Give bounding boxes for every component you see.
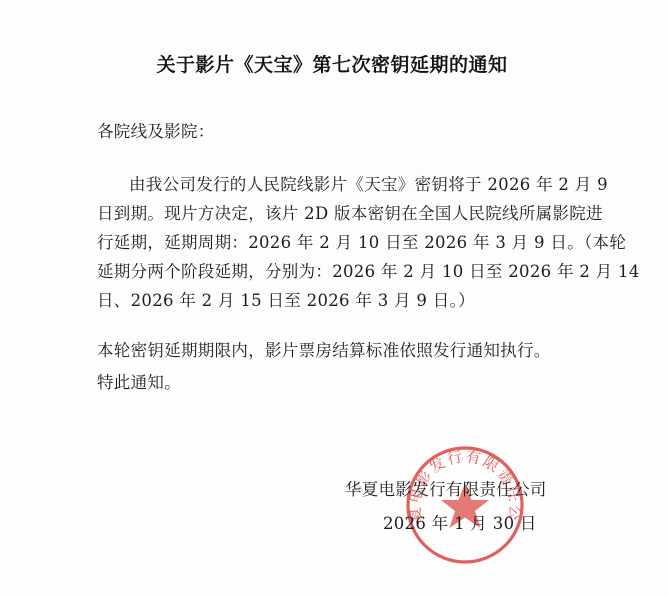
document-page: 关于影片《天宝》第七次密钥延期的通知 各院线及影院： 由我公司发行的人民院线影片… bbox=[0, 0, 668, 597]
official-seal: 华夏电影发行有限责任公司 bbox=[405, 445, 525, 565]
document-title: 关于影片《天宝》第七次密钥延期的通知 bbox=[0, 50, 666, 77]
body-line-1: 由我公司发行的人民院线影片《天宝》密钥将于 2026 年 2 月 9 bbox=[129, 175, 608, 195]
closing-line: 特此通知。 bbox=[97, 373, 181, 393]
salutation: 各院线及影院： bbox=[97, 122, 215, 142]
signature-date: 2026 年 1 月 30 日 bbox=[383, 514, 537, 534]
settlement-note: 本轮密钥延期期限内，影片票房结算标准依照发行通知执行。 bbox=[97, 341, 551, 361]
body-line-2: 日到期。现片方决定，该片 2D 版本密钥在全国人民院线所属影院进 bbox=[97, 204, 603, 224]
signature-company: 华夏电影发行有限责任公司 bbox=[345, 480, 547, 500]
body-line-3: 行延期，延期周期：2026 年 2 月 10 日至 2026 年 3 月 9 日… bbox=[97, 233, 626, 253]
body-line-5: 日、2026 年 2 月 15 日至 2026 年 3 月 9 日。） bbox=[97, 291, 475, 311]
body-line-4: 延期分两个阶段延期，分别为：2026 年 2 月 10 日至 2026 年 2 … bbox=[97, 262, 640, 282]
